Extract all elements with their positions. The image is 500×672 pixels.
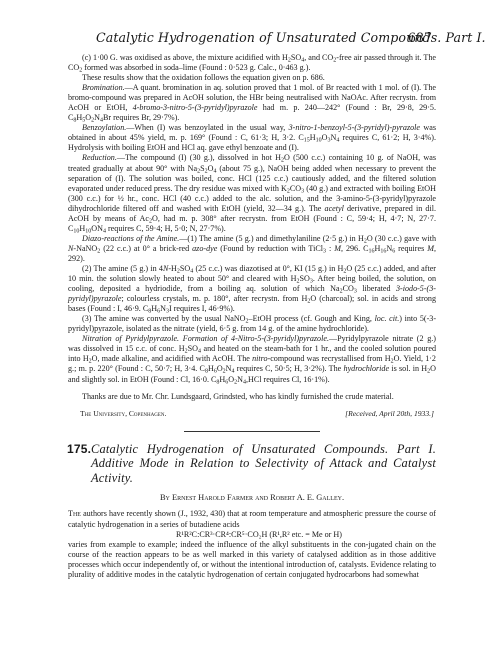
affiliation: The University, Copenhagen.: [80, 409, 166, 419]
article-title-text: Catalytic Hydrogenation of Unsaturated C…: [91, 442, 436, 485]
article-divider: [184, 431, 320, 432]
section-heading: Bromination.: [82, 83, 125, 92]
intro-paragraph: The authors have recently shown (J., 193…: [68, 509, 436, 529]
running-title: Catalytic Hydrogenation of Unsaturated C…: [96, 30, 436, 45]
paragraph-benzoylation: Benzoylation.—When (I) was benzoylated i…: [68, 123, 436, 153]
section-heading: Benzoylation.: [82, 123, 126, 132]
received-date: [Received, April 20th, 1933.]: [345, 409, 434, 419]
paragraph-diazo-3: (3) The amine was converted by the usual…: [68, 314, 436, 334]
affiliation-row: The University, Copenhagen. [Received, A…: [68, 409, 436, 419]
byline: By Ernest Harold Farmer and Robert A. E.…: [68, 493, 436, 503]
article-title: 175. Catalytic Hydrogenation of Unsatura…: [68, 442, 436, 486]
section-heading: Nitration of Pyridylpyrazole. Formation …: [82, 334, 329, 343]
authors: Ernest Harold Farmer and Robert A. E. Ga…: [172, 493, 344, 502]
section-heading: Diazo-reactions of the Amine.: [82, 234, 179, 243]
paragraph-diazo-1: Diazo-reactions of the Amine.—(1) The am…: [68, 234, 436, 264]
journal-page: Catalytic Hydrogenation of Unsaturated C…: [0, 0, 500, 672]
article-number: 175.: [67, 442, 91, 457]
paragraph-nitration: Nitration of Pyridylpyrazole. Formation …: [68, 334, 436, 384]
acknowledgement: Thanks are due to Mr. Chr. Lundsgaard, G…: [68, 392, 436, 402]
intro-continuation: varies from example to example; indeed t…: [68, 540, 436, 580]
paragraph-bromination: Bromination.—A quant. bromination in aq.…: [68, 83, 436, 123]
paragraph-diazo-2: (2) The amine (5 g.) in 4N-H2SO4 (25 c.c…: [68, 264, 436, 314]
page-number: 687: [408, 30, 432, 45]
body-text: (c) 1·00 G. was oxidised as above, the m…: [68, 53, 436, 580]
paragraph-reduction: Reduction.—The compound (I) (30 g.), dis…: [68, 153, 436, 233]
paragraph-c: (c) 1·00 G. was oxidised as above, the m…: [68, 53, 436, 73]
oxidation-note: These results show that the oxidation fo…: [68, 73, 436, 83]
section-heading: Reduction.: [82, 153, 117, 162]
formula: R¹R²C:CR³·CR⁴:CR⁵·CO₂H (R¹,R² etc. = Me …: [68, 530, 436, 540]
